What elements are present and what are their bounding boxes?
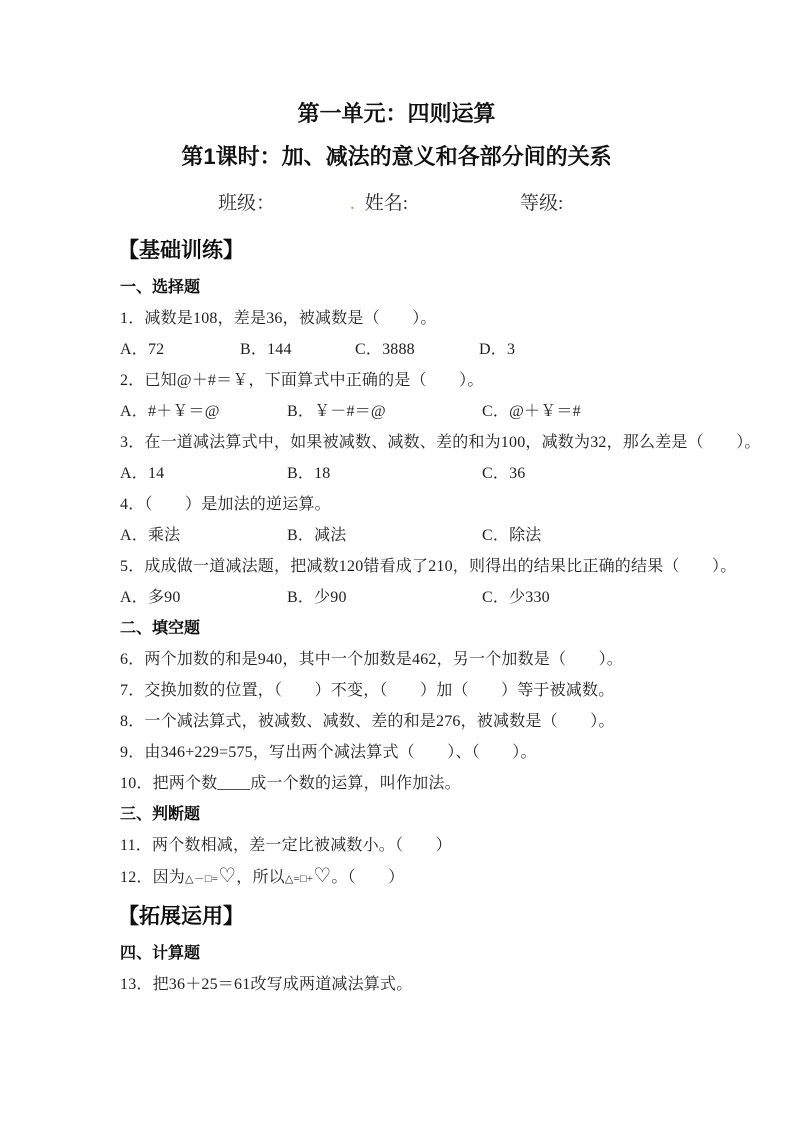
- option-1b: B．144: [240, 334, 355, 365]
- question-7: 7．交换加数的位置，（ ）不变，（ ）加（ ）等于被减数。: [120, 675, 793, 706]
- question-9: 9．由346+229=575，写出两个减法算式（ ）、（ ）。: [120, 737, 793, 768]
- options-row-3: A．14B．18C．36: [120, 458, 793, 489]
- question-11: 11．两个数相减，差一定比被减数小。（ ）: [120, 830, 793, 861]
- lesson-title: 第1课时：加、减法的意义和各部分间的关系: [0, 142, 793, 172]
- question-4: 4．（ ）是加法的逆运算。: [120, 489, 793, 520]
- option-3c: C．36: [482, 458, 525, 489]
- question-6: 6．两个加数的和是940，其中一个加数是462，另一个加数是（ ）。: [120, 644, 793, 675]
- part4-calc-heading: 四、计算题: [120, 938, 793, 969]
- option-5c: C．少330: [482, 582, 550, 613]
- question-13: 13．把36＋25＝61改写成两道减法算式。: [120, 969, 793, 1000]
- question-1: 1．减数是108，差是36，被减数是（ ）。: [120, 303, 793, 334]
- q12-text-1: 12．因为: [120, 869, 185, 886]
- option-1c: C．3888: [355, 334, 479, 365]
- options-row-4: A．乘法B．减法C．除法: [120, 520, 793, 551]
- question-12: 12．因为△－□=♡，所以△=□+♡。（ ）: [120, 861, 793, 892]
- option-3a: A．14: [120, 458, 287, 489]
- name-label: 姓名:: [365, 193, 408, 214]
- worksheet-page: 第一单元：四则运算 第1课时：加、减法的意义和各部分间的关系 班级：.姓名:等级…: [0, 0, 793, 1122]
- option-2b: B．￥－#＝@: [287, 396, 482, 427]
- option-5b: B．少90: [287, 582, 482, 613]
- options-row-2: A．#＋￥＝@B．￥－#＝@C．@＋￥＝#: [120, 396, 793, 427]
- stray-dot: .: [350, 193, 355, 214]
- q12-triangle-square-plus: △=□+: [285, 873, 313, 885]
- option-1a: A．72: [120, 334, 240, 365]
- section-extend-use-heading: 【拓展运用】: [118, 900, 793, 934]
- question-8: 8．一个减法算式，被减数、减数、差的和是276，被减数是（ ）。: [120, 706, 793, 737]
- question-3: 3．在一道减法算式中，如果被减数、减数、差的和为100，减数为32，那么差是（ …: [120, 427, 793, 458]
- part3-judge-heading: 三、判断题: [120, 799, 793, 830]
- part2-fill-blank-heading: 二、填空题: [120, 613, 793, 644]
- option-1d: D．3: [479, 334, 515, 365]
- option-3b: B．18: [287, 458, 482, 489]
- q12-triangle-square-minus: △－□=: [185, 873, 218, 885]
- options-row-5: A．多90B．少90C．少330: [120, 582, 793, 613]
- student-info-row: 班级：.姓名:等级:: [0, 192, 793, 216]
- q12-text-2: ，所以: [236, 869, 285, 886]
- option-2a: A．#＋￥＝@: [120, 396, 287, 427]
- option-4b: B．减法: [287, 520, 482, 551]
- unit-title: 第一单元：四则运算: [0, 0, 793, 128]
- options-row-1: A．72B．144C．3888D．3: [120, 334, 793, 365]
- option-2c: C．@＋￥＝#: [482, 396, 581, 427]
- section-basic-training-heading: 【基础训练】: [118, 236, 793, 266]
- option-4c: C．除法: [482, 520, 541, 551]
- heart-icon: ♡: [313, 865, 331, 887]
- question-2: 2．已知@＋#＝￥，下面算式中正确的是（ ）。: [120, 365, 793, 396]
- part1-choice-heading: 一、选择题: [120, 272, 793, 303]
- question-5: 5．成成做一道减法题，把减数120错看成了210，则得出的结果比正确的结果（ ）…: [120, 551, 793, 582]
- option-4a: A．乘法: [120, 520, 287, 551]
- q12-text-3: 。（ ）: [331, 869, 404, 886]
- heart-icon: ♡: [218, 865, 236, 887]
- question-10: 10．把两个数____成一个数的运算，叫作加法。: [120, 768, 793, 799]
- class-label: 班级：: [218, 193, 275, 214]
- grade-label: 等级:: [520, 193, 563, 214]
- option-5a: A．多90: [120, 582, 287, 613]
